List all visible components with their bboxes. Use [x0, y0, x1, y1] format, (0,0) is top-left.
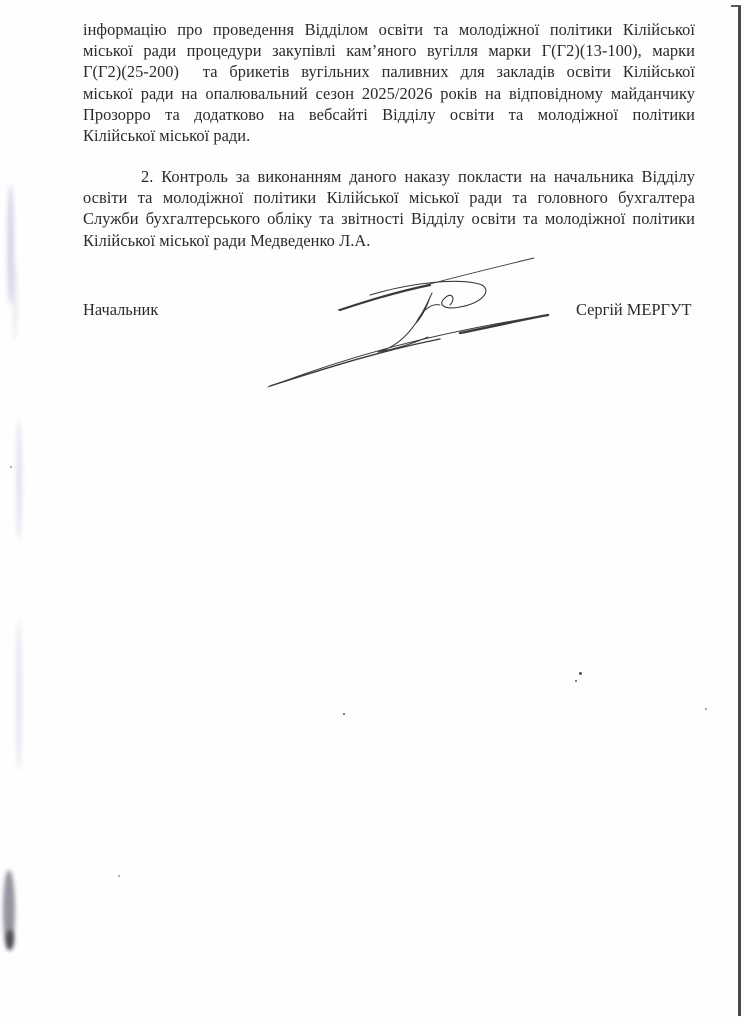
- paragraph-1-line: міської ради на опалювальний сезон 2025/…: [83, 83, 695, 104]
- scan-smudge: [16, 420, 22, 540]
- scan-speck: [343, 713, 345, 715]
- signer-name: Сергій МЕРГУТ: [576, 300, 692, 320]
- paragraph-2: 2. Контроль за виконанням даного наказу …: [83, 166, 695, 251]
- scan-smudge: [16, 620, 22, 770]
- scan-speck: [705, 708, 707, 710]
- scan-speck: [10, 466, 12, 468]
- paragraph-1-line: Г(Г2)(25-200) та брикетів вугільних пали…: [83, 61, 695, 82]
- paragraph-1: інформацію про проведення Відділом освіт…: [83, 19, 695, 146]
- paragraph-1-line: Кілійської міської ради.: [83, 125, 695, 146]
- scan-speck: [579, 672, 582, 675]
- paragraph-2-line: Кілійської міської ради Медведенко Л.А.: [83, 230, 695, 251]
- scan-smudge: [6, 930, 14, 950]
- scan-edge-line: [738, 6, 741, 1016]
- paragraph-2-line: Служби бухгалтерського обліку та звітнос…: [83, 208, 695, 229]
- paragraph-2-line: освіти та молодіжної політики Кілійської…: [83, 187, 695, 208]
- paragraph-1-line: Прозорро та додатково на вебсайті Відділ…: [83, 104, 695, 125]
- paragraph-1-line: інформацію про проведення Відділом освіт…: [83, 19, 695, 40]
- paragraph-1-line: міської ради процедури закупівлі кам’яно…: [83, 40, 695, 61]
- scanned-page: інформацію про проведення Відділом освіт…: [0, 0, 744, 1024]
- signer-position: Начальник: [83, 300, 158, 320]
- scan-speck: [575, 680, 577, 682]
- scan-smudge: [13, 260, 17, 340]
- scan-speck: [118, 875, 120, 877]
- handwritten-signature-icon: [260, 255, 560, 390]
- paragraph-2-line: 2. Контроль за виконанням даного наказу …: [83, 166, 695, 187]
